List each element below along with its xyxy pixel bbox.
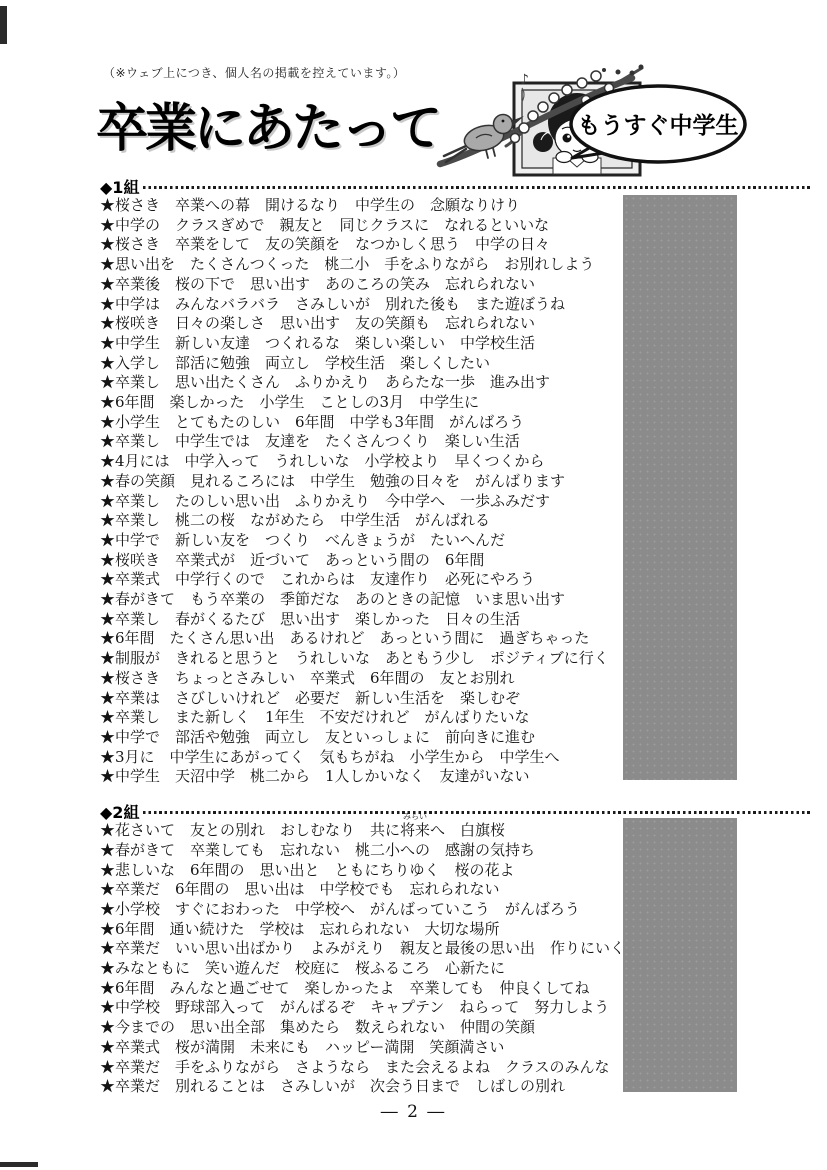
section-heading: ◆2組	[100, 800, 139, 823]
section-heading: ◆1組	[100, 175, 139, 198]
section-header: ◆1組	[100, 176, 812, 196]
redacted-photo-block-2	[623, 818, 737, 1092]
scan-artifact-bottom-left	[0, 1162, 38, 1167]
music-note-icon: ♪	[520, 72, 529, 88]
page-title: 卒業にあたって	[96, 86, 456, 161]
dotted-leader	[143, 811, 812, 814]
furigana: みらい	[403, 813, 427, 821]
speech-bubble: もうすぐ中学生	[571, 86, 745, 162]
header-illustration: ♪ もうすぐ中学生	[436, 50, 748, 180]
speech-bubble-text: もうすぐ中学生	[578, 112, 739, 139]
dotted-leader	[143, 186, 812, 189]
scan-artifact-top-left	[0, 6, 7, 44]
privacy-note: （※ウェブ上につき、個人名の掲載を控えています。）	[103, 64, 405, 81]
page-number: ― 2 ―	[0, 1102, 827, 1122]
redacted-photo-block-1	[623, 195, 737, 780]
ruby-base: 将来みらい	[400, 821, 430, 841]
